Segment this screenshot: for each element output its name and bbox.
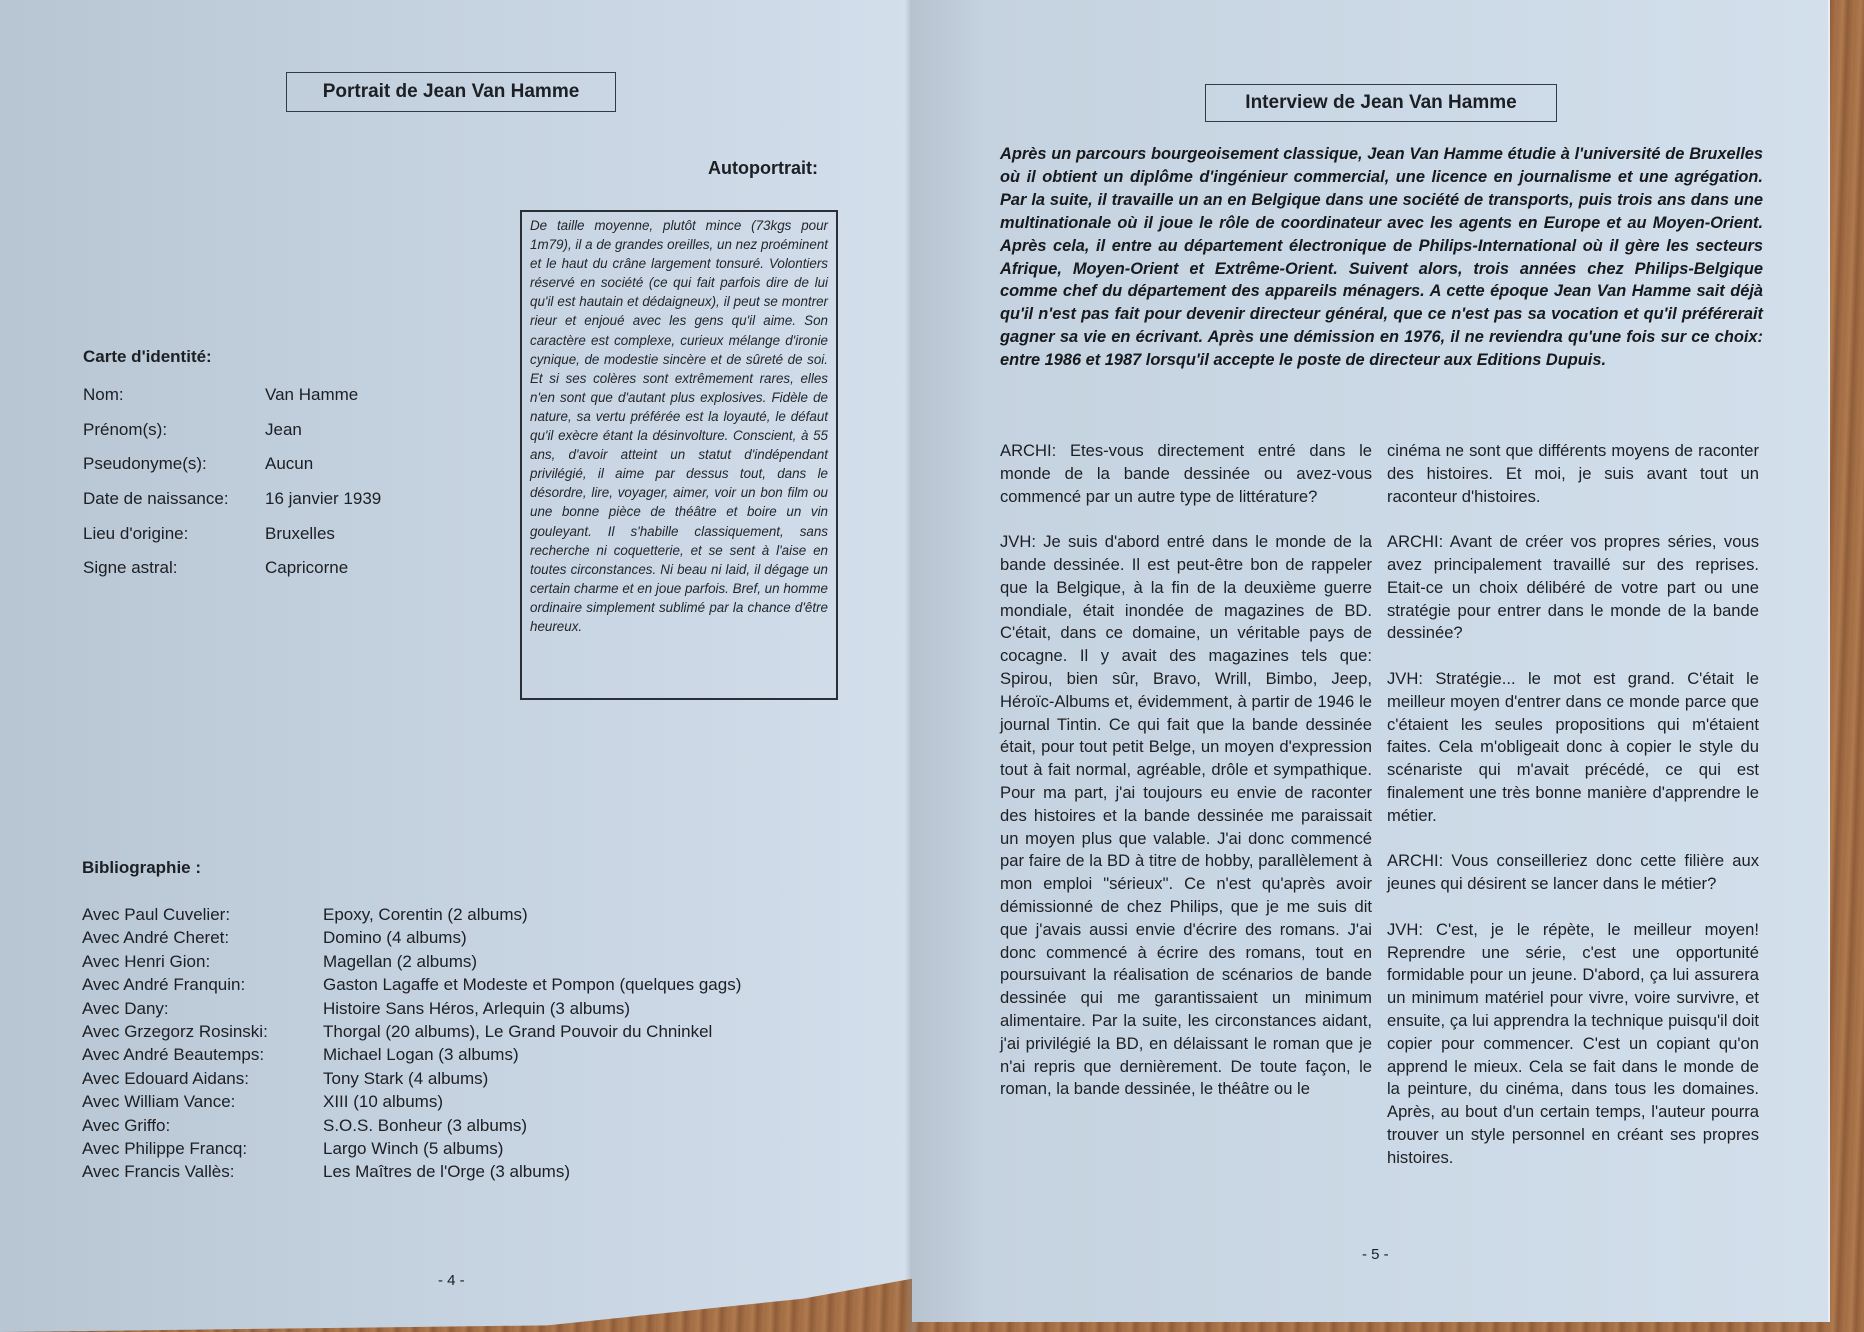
collaborator: Avec Paul Cuvelier:: [82, 905, 323, 928]
collaborator: Avec Dany:: [82, 999, 323, 1022]
identity-row: Prénom(s): Jean: [83, 420, 381, 455]
works: Largo Winch (5 albums): [323, 1139, 503, 1162]
collaborator: Avec Henri Gion:: [82, 952, 323, 975]
bibliography-row: Avec Griffo:S.O.S. Bonheur (3 albums): [82, 1116, 741, 1139]
autoportrait-text: De taille moyenne, plutôt mince (73kgs p…: [530, 218, 828, 634]
identity-row: Nom: Van Hamme: [83, 385, 381, 420]
identity-label: Date de naissance:: [83, 489, 265, 524]
interview-paragraph: JVH: Stratégie... le mot est grand. C'ét…: [1387, 668, 1759, 828]
works: Michael Logan (3 albums): [323, 1045, 519, 1068]
identity-label: Pseudonyme(s):: [83, 454, 265, 489]
identity-heading: Carte d'identité:: [83, 347, 212, 367]
identity-row: Signe astral: Capricorne: [83, 558, 381, 593]
page-number-right: - 5 -: [1362, 1246, 1389, 1263]
collaborator: Avec André Cheret:: [82, 928, 323, 951]
bibliography-row: Avec Edouard Aidans:Tony Stark (4 albums…: [82, 1069, 741, 1092]
bibliography-row: Avec Paul Cuvelier:Epoxy, Corentin (2 al…: [82, 905, 741, 928]
identity-label: Lieu d'origine:: [83, 524, 265, 559]
bibliography-row: Avec Grzegorz Rosinski:Thorgal (20 album…: [82, 1022, 741, 1045]
bibliography-row: Avec Dany:Histoire Sans Héros, Arlequin …: [82, 999, 741, 1022]
works: Magellan (2 albums): [323, 952, 477, 975]
interview-paragraph: JVH: Je suis d'abord entré dans le monde…: [1000, 531, 1372, 1101]
collaborator: Avec André Franquin:: [82, 975, 323, 998]
identity-value: Capricorne: [265, 558, 348, 593]
identity-table: Nom: Van Hamme Prénom(s): Jean Pseudonym…: [83, 385, 381, 593]
works: Tony Stark (4 albums): [323, 1069, 488, 1092]
identity-row: Lieu d'origine: Bruxelles: [83, 524, 381, 559]
interview-column-right: cinéma ne sont que différents moyens de …: [1387, 440, 1759, 1192]
collaborator: Avec Francis Vallès:: [82, 1162, 323, 1185]
collaborator: Avec Philippe Francq:: [82, 1139, 323, 1162]
identity-value: Van Hamme: [265, 385, 358, 420]
identity-value: 16 janvier 1939: [265, 489, 381, 524]
bibliography-row: Avec André Cheret:Domino (4 albums): [82, 928, 741, 951]
identity-value: Bruxelles: [265, 524, 335, 559]
collaborator: Avec André Beautemps:: [82, 1045, 323, 1068]
bibliography-row: Avec André Franquin:Gaston Lagaffe et Mo…: [82, 975, 741, 998]
works: Epoxy, Corentin (2 albums): [323, 905, 528, 928]
autoportrait-heading: Autoportrait:: [708, 158, 818, 179]
portrait-title: Portrait de Jean Van Hamme: [323, 81, 580, 102]
interview-title-box: Interview de Jean Van Hamme: [1205, 84, 1557, 122]
interview-paragraph: ARCHI: Vous conseilleriez donc cette fil…: [1387, 850, 1759, 896]
works: Les Maîtres de l'Orge (3 albums): [323, 1162, 570, 1185]
bibliography-row: Avec Henri Gion:Magellan (2 albums): [82, 952, 741, 975]
autoportrait-box: De taille moyenne, plutôt mince (73kgs p…: [520, 210, 838, 700]
collaborator: Avec Edouard Aidans:: [82, 1069, 323, 1092]
identity-value: Jean: [265, 420, 302, 455]
works: Histoire Sans Héros, Arlequin (3 albums): [323, 999, 630, 1022]
interview-title: Interview de Jean Van Hamme: [1245, 92, 1516, 113]
identity-row: Pseudonyme(s): Aucun: [83, 454, 381, 489]
bibliography-row: Avec Francis Vallès:Les Maîtres de l'Org…: [82, 1162, 741, 1185]
identity-label: Nom:: [83, 385, 265, 420]
interview-paragraph: ARCHI: Etes-vous directement entré dans …: [1000, 440, 1372, 508]
collaborator: Avec Griffo:: [82, 1116, 323, 1139]
works: S.O.S. Bonheur (3 albums): [323, 1116, 527, 1139]
bibliography-heading: Bibliographie :: [82, 858, 201, 878]
interview-paragraph: ARCHI: Avant de créer vos propres séries…: [1387, 531, 1759, 645]
collaborator: Avec William Vance:: [82, 1092, 323, 1115]
interview-intro: Après un parcours bourgeoisement classiq…: [1000, 143, 1763, 372]
portrait-title-box: Portrait de Jean Van Hamme: [286, 72, 616, 112]
works: XIII (10 albums): [323, 1092, 443, 1115]
bibliography-list: Avec Paul Cuvelier:Epoxy, Corentin (2 al…: [82, 905, 741, 1186]
bibliography-row: Avec André Beautemps:Michael Logan (3 al…: [82, 1045, 741, 1068]
bibliography-row: Avec Philippe Francq:Largo Winch (5 albu…: [82, 1139, 741, 1162]
identity-row: Date de naissance: 16 janvier 1939: [83, 489, 381, 524]
identity-label: Prénom(s):: [83, 420, 265, 455]
interview-paragraph: JVH: C'est, je le répète, le meilleur mo…: [1387, 919, 1759, 1170]
works: Gaston Lagaffe et Modeste et Pompon (que…: [323, 975, 741, 998]
identity-label: Signe astral:: [83, 558, 265, 593]
page-number-left: - 4 -: [438, 1272, 465, 1289]
bibliography-row: Avec William Vance:XIII (10 albums): [82, 1092, 741, 1115]
interview-paragraph: cinéma ne sont que différents moyens de …: [1387, 440, 1759, 508]
interview-column-left: ARCHI: Etes-vous directement entré dans …: [1000, 440, 1372, 1124]
collaborator: Avec Grzegorz Rosinski:: [82, 1022, 323, 1045]
identity-value: Aucun: [265, 454, 313, 489]
works: Thorgal (20 albums), Le Grand Pouvoir du…: [323, 1022, 712, 1045]
works: Domino (4 albums): [323, 928, 467, 951]
